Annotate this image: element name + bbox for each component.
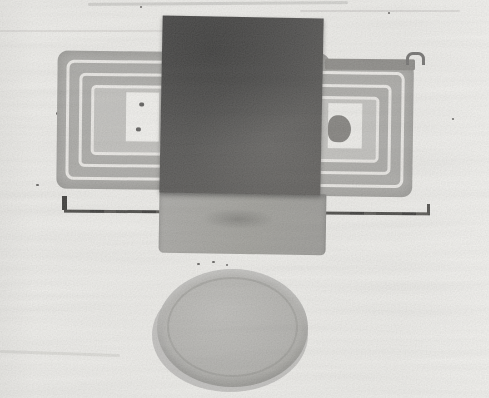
scan-streak [0,30,180,32]
edge-line-right-tick [427,204,430,214]
feed-lead-hook [406,52,425,65]
scan-speck [212,261,215,263]
scanned-photo-figure [0,0,489,398]
contact-dot [136,127,141,131]
scan-speck [140,6,142,8]
scan-speck [226,264,228,266]
module-lower-tab [159,192,327,256]
scan-speck [388,12,390,14]
coin-for-scale [157,269,308,387]
contact-dot [139,102,144,106]
dark-sensor-module [159,15,323,195]
scan-streak [88,1,348,6]
scan-speck [452,118,454,120]
left-coil-center-patch [126,92,160,141]
coin-edge-ring [167,277,298,377]
feed-lead-trace [325,59,415,71]
edge-line-left-tick [62,196,67,210]
scan-speck [36,184,39,186]
scan-speck [197,263,200,265]
chip-blob [328,115,351,142]
tab-smudge [201,208,275,229]
scan-streak [300,10,460,12]
scan-streak [0,350,120,357]
